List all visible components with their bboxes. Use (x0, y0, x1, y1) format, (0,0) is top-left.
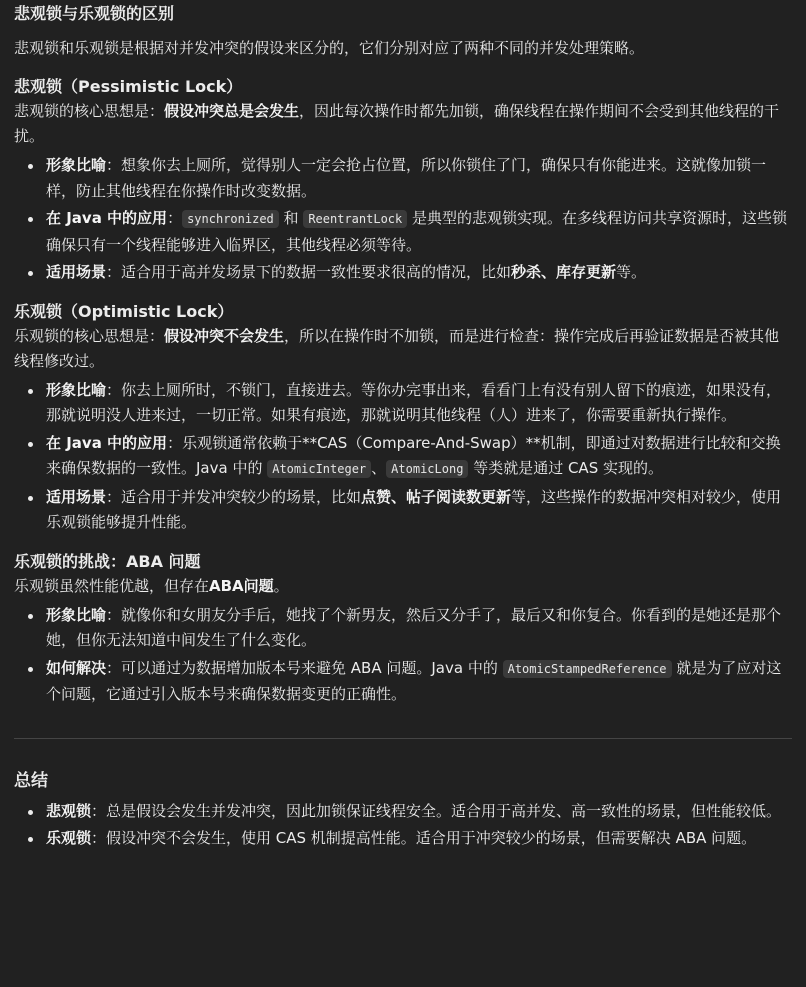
list-item: 在 Java 中的应用：synchronized 和 ReentrantLock… (46, 206, 792, 258)
list-item: 形象比喻：你去上厕所时，不锁门，直接进去。等你办完事出来，看看门上有没有别人留下… (46, 378, 792, 429)
pessimistic-description: 悲观锁的核心思想是：假设冲突总是会发生，因此每次操作时都先加锁，确保线程在操作期… (14, 99, 792, 149)
document: 悲观锁与乐观锁的区别 悲观锁和乐观锁是根据对并发冲突的假设来区分的，它们分别对应… (0, 0, 806, 852)
aba-description: 乐观锁虽然性能优越，但存在ABA问题。 (14, 574, 792, 599)
summary-list: 悲观锁：总是假设会发生并发冲突，因此加锁保证线程安全。适合用于高并发、高一致性的… (14, 799, 792, 852)
inline-code: AtomicInteger (267, 460, 371, 478)
aba-list: 形象比喻：就像你和女朋友分手后，她找了个新男友，然后又分手了，最后又和你复合。你… (14, 603, 792, 708)
list-item: 乐观锁：假设冲突不会发生，使用 CAS 机制提高性能。适合用于冲突较少的场景，但… (46, 826, 792, 852)
pessimistic-list: 形象比喻：想象你去上厕所，觉得别人一定会抢占位置，所以你锁住了门，确保只有你能进… (14, 153, 792, 286)
divider (14, 738, 792, 739)
summary-heading: 总结 (14, 767, 792, 795)
intro-paragraph: 悲观锁和乐观锁是根据对并发冲突的假设来区分的，它们分别对应了两种不同的并发处理策… (14, 36, 792, 61)
list-item: 如何解决：可以通过为数据增加版本号来避免 ABA 问题。Java 中的 Atom… (46, 656, 792, 708)
list-item: 适用场景：适合用于并发冲突较少的场景，比如点赞、帖子阅读数更新等，这些操作的数据… (46, 485, 792, 536)
inline-code: AtomicStampedReference (503, 660, 672, 678)
pessimistic-heading: 悲观锁（Pessimistic Lock） (14, 75, 792, 99)
inline-code: AtomicLong (386, 460, 468, 478)
optimistic-description: 乐观锁的核心思想是：假设冲突不会发生，所以在操作时不加锁，而是进行检查：操作完成… (14, 324, 792, 374)
page-title: 悲观锁与乐观锁的区别 (14, 0, 792, 28)
inline-code: synchronized (182, 210, 279, 228)
list-item: 在 Java 中的应用：乐观锁通常依赖于**CAS（Compare-And-Sw… (46, 431, 792, 483)
inline-code: ReentrantLock (303, 210, 407, 228)
aba-heading: 乐观锁的挑战：ABA 问题 (14, 550, 792, 574)
list-item: 形象比喻：就像你和女朋友分手后，她找了个新男友，然后又分手了，最后又和你复合。你… (46, 603, 792, 654)
list-item: 适用场景：适合用于高并发场景下的数据一致性要求很高的情况，比如秒杀、库存更新等。 (46, 260, 792, 286)
optimistic-list: 形象比喻：你去上厕所时，不锁门，直接进去。等你办完事出来，看看门上有没有别人留下… (14, 378, 792, 536)
list-item: 悲观锁：总是假设会发生并发冲突，因此加锁保证线程安全。适合用于高并发、高一致性的… (46, 799, 792, 825)
optimistic-heading: 乐观锁（Optimistic Lock） (14, 300, 792, 324)
list-item: 形象比喻：想象你去上厕所，觉得别人一定会抢占位置，所以你锁住了门，确保只有你能进… (46, 153, 792, 204)
